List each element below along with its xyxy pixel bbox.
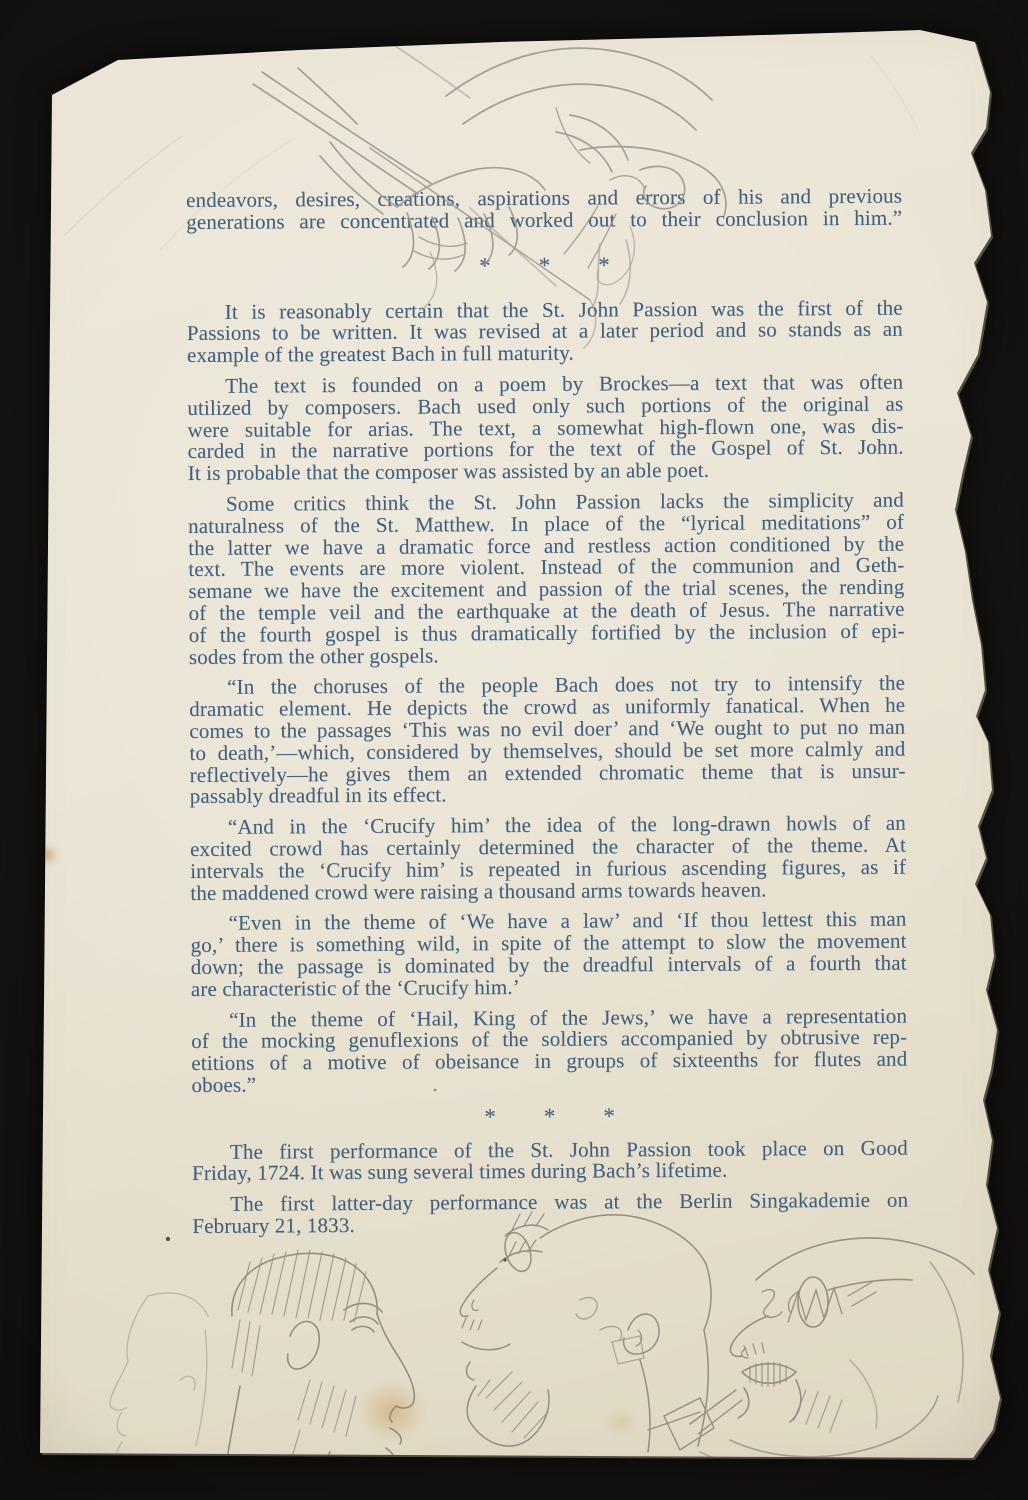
pencil-sketch-profile-upturned-glasses [460,1212,711,1452]
text-line: sodes from the other gospels. [189,642,905,668]
paragraph: The first latter-day performance was at … [192,1190,908,1238]
paragraph: Some critics think the St. John Passion … [188,490,905,669]
section-separator: * * * [192,1103,908,1129]
text-line: example of the greatest Bach in full mat… [187,341,903,367]
text-line: are characteristic of the ‘Crucify him.’ [191,974,907,1000]
paper-sheet: endeavors, desires, creations, aspiratio… [0,0,1028,1500]
paragraph: endeavors, desires, creations, aspiratio… [186,186,902,234]
text-line: etitions of a motive of obeisance in gro… [191,1049,907,1075]
text-line: of the fourth gospel is thus dramaticall… [189,620,905,646]
paragraph: The text is founded on a poem by Brockes… [187,372,904,485]
text-line: February 21, 1833. [192,1212,908,1238]
pencil-sketch-profile-faint [110,1293,208,1477]
paragraph: “In the theme of ‘Hail, King of the Jews… [191,1005,908,1097]
text-line: It is probable that the composer was ass… [188,459,904,485]
stain-mark [358,1382,426,1440]
stain-mark [36,845,58,865]
section-separator: * * * [186,252,902,278]
paragraph: It is reasonably certain that the St. Jo… [187,297,903,367]
text-line: oboes.” [191,1071,907,1097]
photo-backdrop: endeavors, desires, creations, aspiratio… [0,0,1028,1500]
text-line: passably dreadful in its effect. [190,782,906,808]
text-line: down; the passage is dominated by the dr… [191,953,907,979]
paragraph: “And in the ‘Crucify him’ the idea of th… [190,813,907,905]
paragraph: “Even in the theme of ‘We have a law’ an… [190,909,907,1001]
text-line: reflectively—he gives them an extended c… [190,760,906,786]
text-line: generations are concentrated and worked … [186,207,902,233]
stain-mark [604,1410,638,1436]
text-line: Friday, 1724. It was sung several times … [192,1159,908,1185]
paragraph: The first performance of the St. John Pa… [192,1137,908,1185]
text-line: the maddened crowd were raising a thousa… [190,878,906,904]
document-page: endeavors, desires, creations, aspiratio… [0,0,1028,1500]
text-line: The first latter-day performance was at … [192,1190,908,1216]
pencil-sketch-profile-balding-man [224,1250,414,1488]
paragraph: “In the choruses of the people Bach does… [189,673,906,808]
text-block: endeavors, desires, creations, aspiratio… [186,186,908,1238]
pencil-sketch-caricature-pipe [664,1238,974,1464]
